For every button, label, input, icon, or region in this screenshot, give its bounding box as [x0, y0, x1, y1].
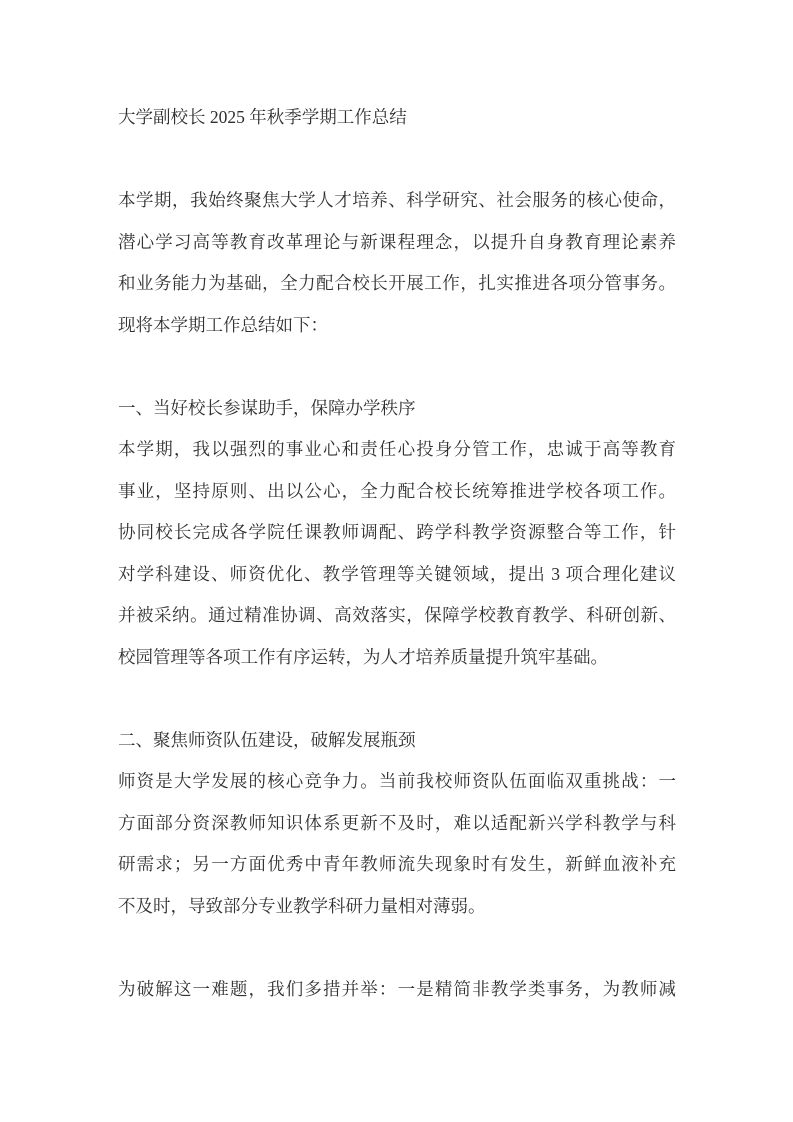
text-line: 并被采纳。通过精准协调、高效落实，保障学校教育教学、科研创新、: [118, 595, 676, 637]
text-line: 师资是大学发展的核心竞争力。当前我校师资队伍面临双重挑战：一: [118, 761, 676, 803]
text-line: 研需求；另一方面优秀中青年教师流失现象时有发生，新鲜血液补充: [118, 844, 676, 886]
document-page: 大学副校长 2025 年秋季学期工作总结 本学期，我始终聚焦大学人才培养、科学研…: [0, 0, 793, 1122]
text-line: 方面部分资深教师知识体系更新不及时，难以适配新兴学科教学与科: [118, 803, 676, 845]
text-line: 本学期，我以强烈的事业心和责任心投身分管工作，忠诚于高等教育: [118, 429, 676, 471]
text-line: 为破解这一难题，我们多措并举：一是精简非教学类事务，为教师减: [118, 969, 676, 1011]
text-line: 和业务能力为基础，全力配合校长开展工作，扎实推进各项分管事务。: [118, 263, 676, 305]
section-2: 二、聚焦师资队伍建设，破解发展瓶颈 师资是大学发展的核心竞争力。当前我校师资队伍…: [118, 720, 676, 928]
text-line: 协同校长完成各学院任课教师调配、跨学科教学资源整合等工作，针: [118, 512, 676, 554]
section-1: 一、当好校长参谋助手，保障办学秩序 本学期，我以强烈的事业心和责任心投身分管工作…: [118, 388, 676, 679]
document-title-block: 大学副校长 2025 年秋季学期工作总结: [118, 97, 676, 139]
text-line: 事业，坚持原则、出以公心，全力配合校长统筹推进学校各项工作。: [118, 471, 676, 513]
section-1-heading: 一、当好校长参谋助手，保障办学秩序: [118, 388, 676, 430]
intro-paragraph: 本学期，我始终聚焦大学人才培养、科学研究、社会服务的核心使命， 潜心学习高等教育…: [118, 180, 676, 346]
text-line: 潜心学习高等教育改革理论与新课程理念，以提升自身教育理论素养: [118, 222, 676, 264]
closing-paragraph: 为破解这一难题，我们多措并举：一是精简非教学类事务，为教师减: [118, 969, 676, 1011]
text-line: 校园管理等各项工作有序运转，为人才培养质量提升筑牢基础。: [118, 637, 676, 679]
text-line: 不及时，导致部分专业教学科研力量相对薄弱。: [118, 886, 676, 928]
text-line: 现将本学期工作总结如下：: [118, 305, 676, 347]
section-2-heading: 二、聚焦师资队伍建设，破解发展瓶颈: [118, 720, 676, 762]
text-line: 本学期，我始终聚焦大学人才培养、科学研究、社会服务的核心使命，: [118, 180, 676, 222]
text-line: 对学科建设、师资优化、教学管理等关键领域，提出 3 项合理化建议: [118, 554, 676, 596]
document-title: 大学副校长 2025 年秋季学期工作总结: [118, 97, 676, 139]
